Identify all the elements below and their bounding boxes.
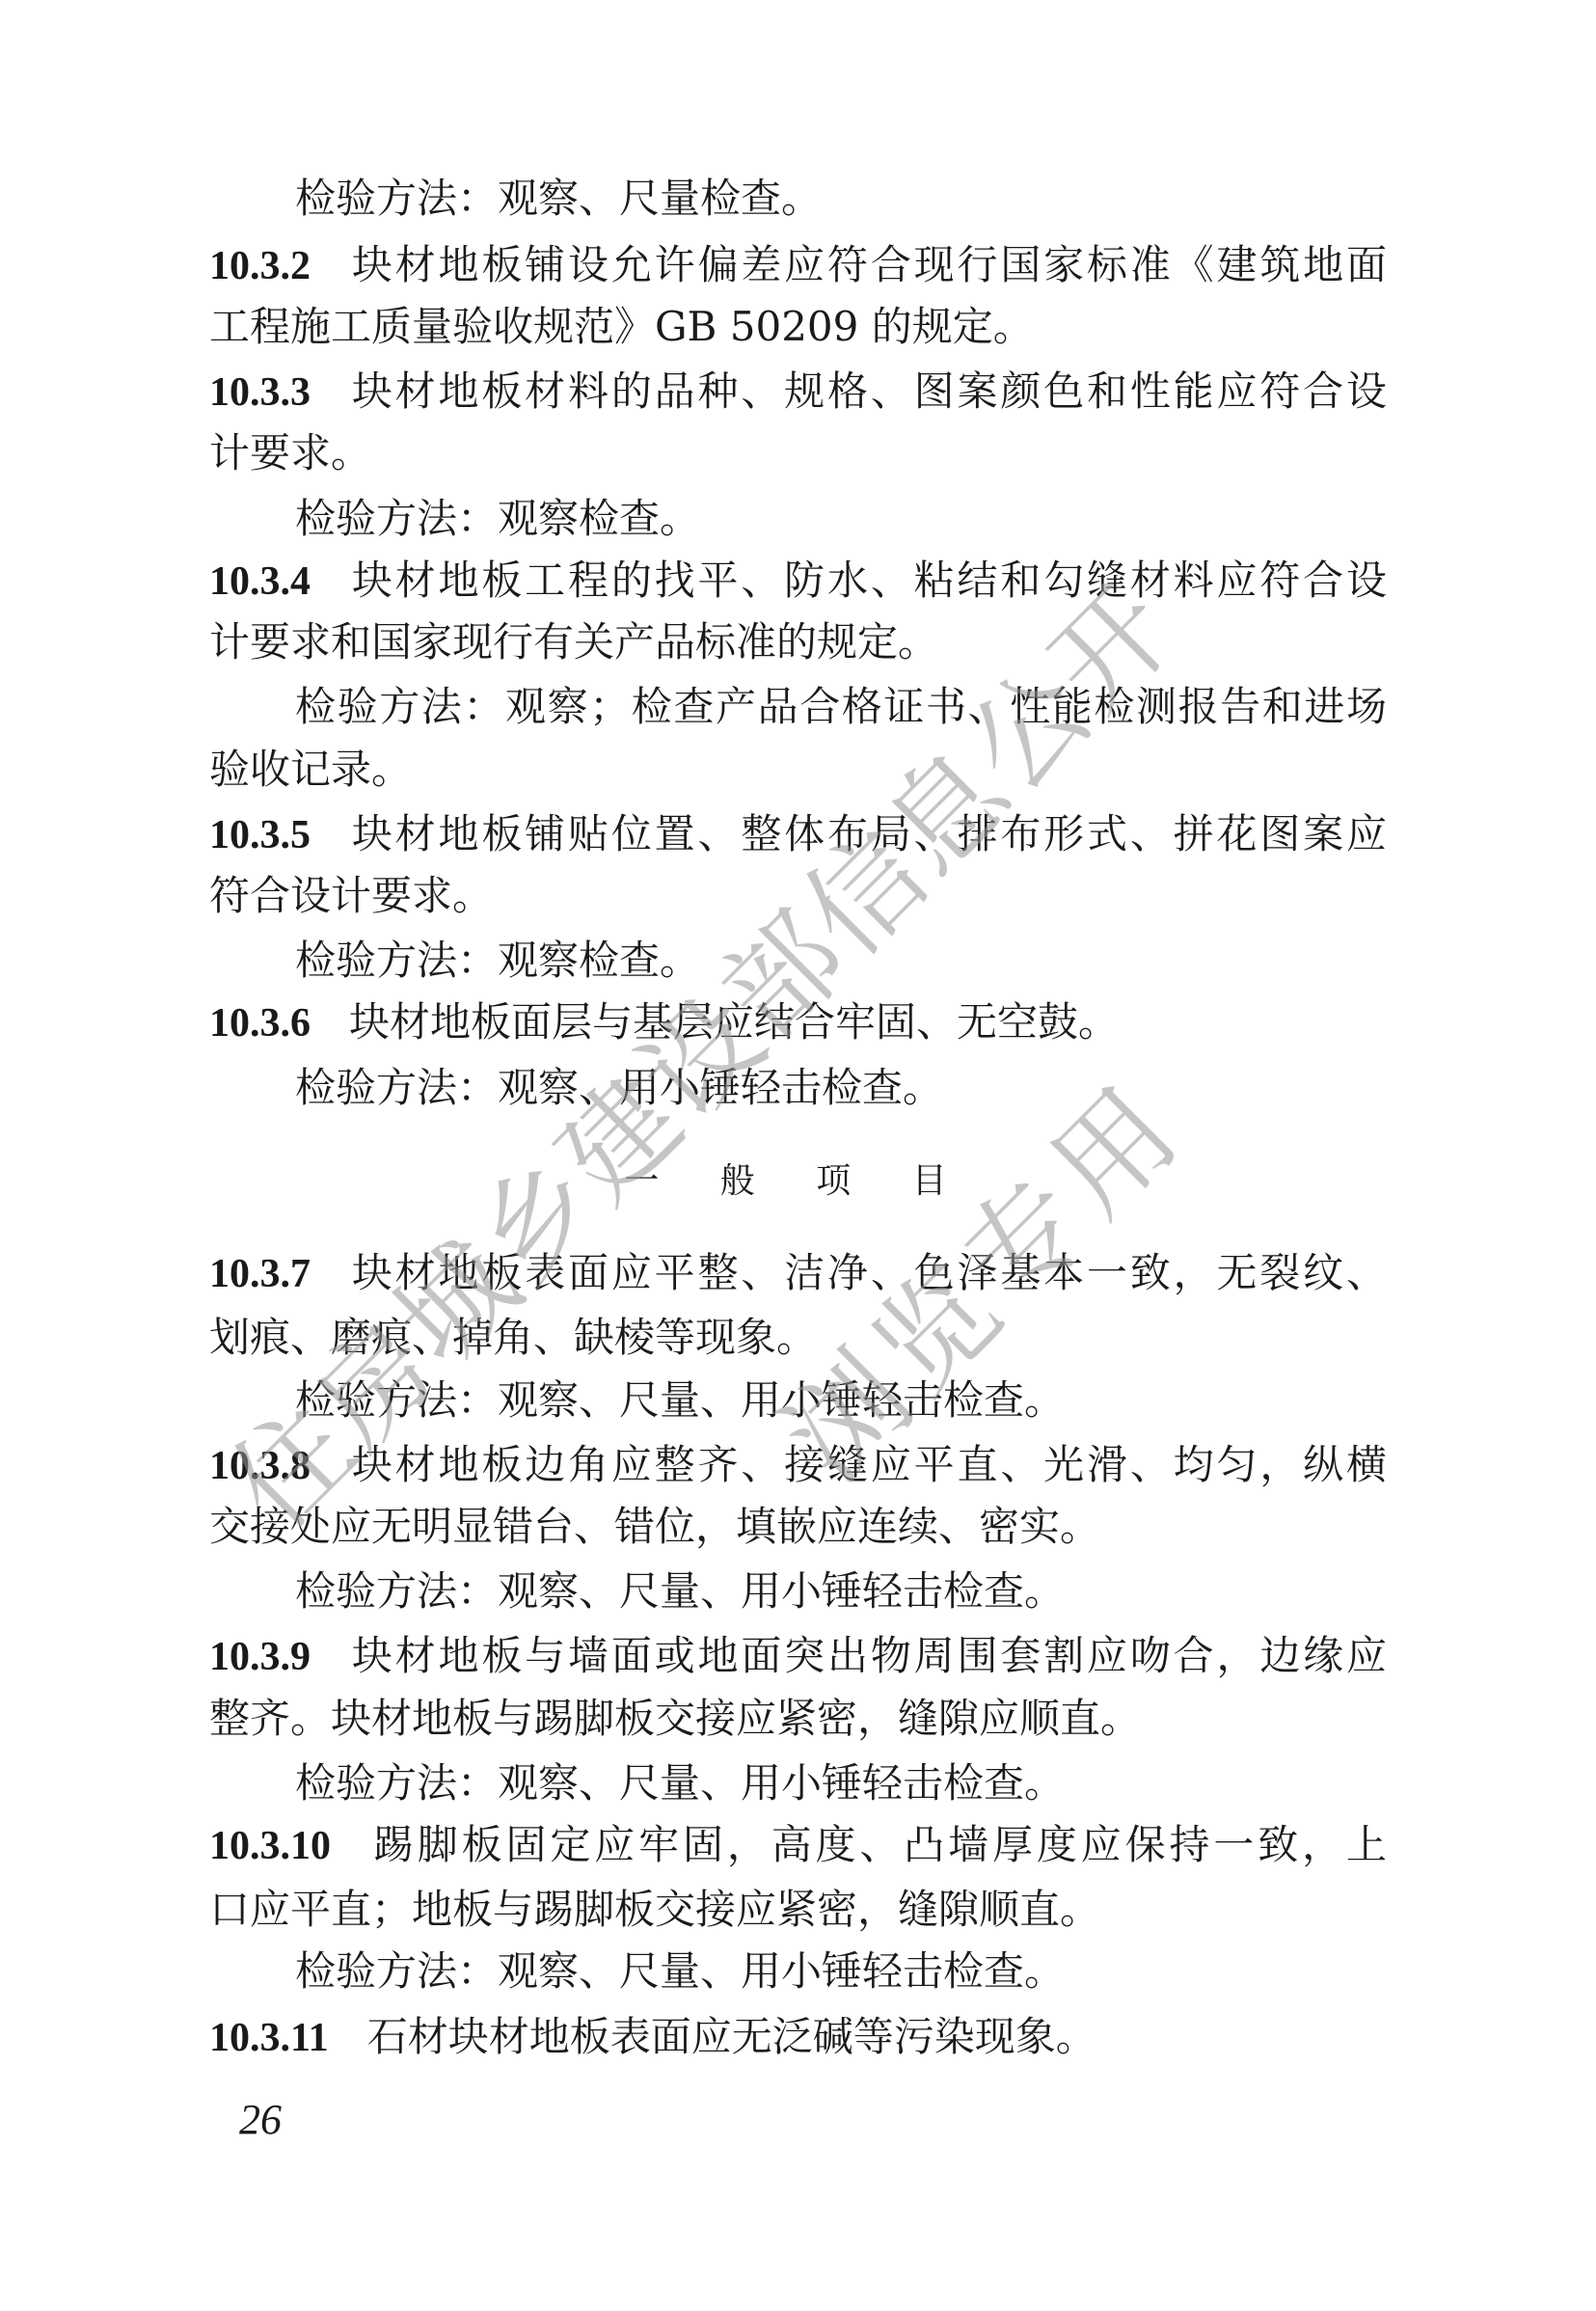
clause-continuation: 划痕、磨痕、掉角、缺棱等现象。: [209, 1306, 1387, 1370]
line-text: 口应平直；地板与踢脚板交接应紧密，缝隙顺直。: [209, 1886, 1100, 1933]
line-text: 检验方法：观察、尺量、用小锤轻击检查。: [295, 1376, 1065, 1424]
clause-10-3-4: 10.3.4块材地板工程的找平、防水、粘结和勾缝材料应符合设: [209, 549, 1387, 612]
line-text: 符合设计要求。: [209, 872, 493, 919]
clause-number: 10.3.6: [209, 992, 311, 1055]
clause-continuation: 计要求。: [209, 421, 1387, 485]
document-page: 检验方法：观察、尺量检查。 10.3.2块材地板铺设允许偏差应符合现行国家标准《…: [0, 0, 1596, 2311]
clause-number: 10.3.2: [209, 234, 311, 298]
clause-10-3-8: 10.3.8块材地板边角应整齐、接缝应平直、光滑、均匀，纵横: [209, 1433, 1387, 1497]
clause-number: 10.3.10: [209, 1814, 331, 1878]
clause-continuation: 计要求和国家现行有关产品标准的规定。: [209, 611, 1387, 674]
clause-text: 块材地板材料的品种、规格、图案颜色和性能应符合设: [349, 367, 1387, 415]
line-text: 检验方法：观察、尺量、用小锤轻击检查。: [295, 1947, 1065, 1995]
inspection-method-line: 检验方法：观察、用小锤轻击检查。: [295, 1056, 1387, 1120]
line-text: 计要求。: [209, 429, 371, 476]
line-text: 检验方法：观察、尺量、用小锤轻击检查。: [295, 1759, 1065, 1807]
clause-continuation: 口应平直；地板与踢脚板交接应紧密，缝隙顺直。: [209, 1878, 1387, 1942]
clause-10-3-5: 10.3.5块材地板铺贴位置、整体布局、排布形式、拼花图案应: [209, 802, 1387, 866]
clause-text: 石材块材地板表面应无泛碱等污染现象。: [367, 2013, 1096, 2060]
clause-number: 10.3.3: [209, 361, 311, 424]
clause-continuation: 整齐。块材地板与踢脚板交接应紧密，缝隙应顺直。: [209, 1687, 1387, 1751]
clause-text: 块材地板表面应平整、洁净、色泽基本一致，无裂纹、: [349, 1249, 1387, 1296]
line-text: 检验方法：观察检查。: [295, 495, 700, 542]
line-text: 整齐。块材地板与踢脚板交接应紧密，缝隙应顺直。: [209, 1695, 1141, 1742]
clause-number: 10.3.4: [209, 550, 311, 613]
clause-text: 块材地板铺设允许偏差应符合现行国家标准《建筑地面: [349, 241, 1387, 288]
line-text: 检验方法：观察；检查产品合格证书、性能检测报告和进场: [295, 683, 1387, 730]
line-text: 划痕、磨痕、掉角、缺棱等现象。: [209, 1314, 817, 1361]
clause-continuation: 验收记录。: [209, 738, 1387, 802]
clause-number: 10.3.8: [209, 1434, 311, 1498]
clause-text: 块材地板铺贴位置、整体布局、排布形式、拼花图案应: [349, 810, 1387, 857]
inspection-method-line: 检验方法：观察检查。: [295, 487, 1387, 551]
clause-10-3-6: 10.3.6块材地板面层与基层应结合牢固、无空鼓。: [209, 991, 1387, 1054]
inspection-method-line: 检验方法：观察、尺量、用小锤轻击检查。: [295, 1752, 1387, 1815]
line-text: 工程施工质量验收规范》GB 50209 的规定。: [209, 303, 1034, 350]
clause-number: 10.3.11: [209, 2006, 329, 2070]
clause-number: 10.3.5: [209, 803, 311, 867]
clause-continuation: 工程施工质量验收规范》GB 50209 的规定。: [209, 295, 1387, 359]
clause-10-3-7: 10.3.7块材地板表面应平整、洁净、色泽基本一致，无裂纹、: [209, 1241, 1387, 1305]
page-number: 26: [239, 2091, 282, 2149]
line-text: 检验方法：观察检查。: [295, 937, 700, 984]
inspection-method-line: 检验方法：观察、尺量、用小锤轻击检查。: [295, 1560, 1387, 1623]
clause-10-3-3: 10.3.3块材地板材料的品种、规格、图案颜色和性能应符合设: [209, 360, 1387, 423]
clause-text: 块材地板工程的找平、防水、粘结和勾缝材料应符合设: [349, 557, 1387, 604]
line-text: 计要求和国家现行有关产品标准的规定。: [209, 618, 938, 666]
inspection-method-line: 检验方法：观察、尺量、用小锤轻击检查。: [295, 1940, 1387, 2003]
clause-text: 块材地板与墙面或地面突出物周围套割应吻合，边缘应: [349, 1632, 1387, 1679]
inspection-method-line: 检验方法：观察检查。: [295, 929, 1387, 992]
line-text: 交接处应无明显错台、错位，填嵌应连续、密实。: [209, 1503, 1100, 1550]
clause-continuation: 交接处应无明显错台、错位，填嵌应连续、密实。: [209, 1495, 1387, 1559]
section-heading-general-items: 一 般 项 目: [0, 1150, 1596, 1213]
line-text: 检验方法：观察、尺量检查。: [295, 175, 822, 222]
inspection-method-line: 检验方法：观察、尺量、用小锤轻击检查。: [295, 1369, 1387, 1432]
inspection-method-line: 检验方法：观察；检查产品合格证书、性能检测报告和进场: [295, 675, 1387, 739]
clause-text: 块材地板面层与基层应结合牢固、无空鼓。: [349, 998, 1119, 1046]
line-text: 验收记录。: [209, 746, 412, 793]
clause-continuation: 符合设计要求。: [209, 864, 1387, 928]
line-text: 检验方法：观察、尺量、用小锤轻击检查。: [295, 1567, 1065, 1615]
clause-number: 10.3.7: [209, 1242, 311, 1306]
clause-text: 踢脚板固定应牢固，高度、凸墙厚度应保持一致，上: [369, 1821, 1387, 1868]
clause-text: 块材地板边角应整齐、接缝应平直、光滑、均匀，纵横: [349, 1441, 1387, 1488]
clause-number: 10.3.9: [209, 1625, 311, 1689]
clause-10-3-2: 10.3.2块材地板铺设允许偏差应符合现行国家标准《建筑地面: [209, 233, 1387, 297]
clause-10-3-11: 10.3.11石材块材地板表面应无泛碱等污染现象。: [209, 2005, 1387, 2069]
line-text: 检验方法：观察、用小锤轻击检查。: [295, 1064, 943, 1111]
inspection-method-line: 检验方法：观察、尺量检查。: [295, 167, 1387, 231]
clause-10-3-10: 10.3.10踢脚板固定应牢固，高度、凸墙厚度应保持一致，上: [209, 1813, 1387, 1877]
clause-10-3-9: 10.3.9块材地板与墙面或地面突出物周围套割应吻合，边缘应: [209, 1624, 1387, 1688]
